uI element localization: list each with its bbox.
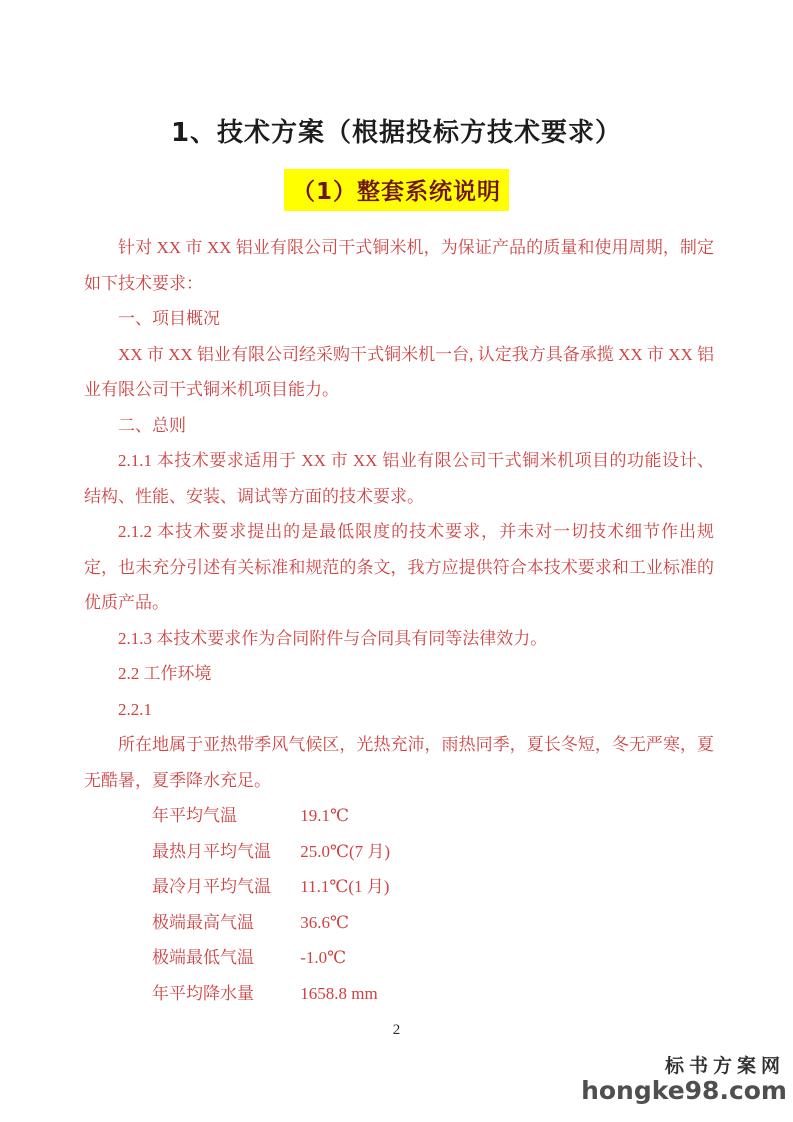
- section-heading-general-rules: 二、总则: [84, 408, 714, 444]
- climate-label: 年平均降水量: [118, 976, 296, 1012]
- climate-label: 最冷月平均气温: [118, 869, 296, 905]
- climate-row: 年平均降水量 1658.8 mm: [84, 976, 714, 1012]
- climate-row: 极端最高气温 36.6℃: [84, 905, 714, 941]
- climate-row: 最冷月平均气温 11.1℃(1 月): [84, 869, 714, 905]
- watermark-site-url: hongke98.com: [581, 1077, 787, 1105]
- climate-value: 11.1℃(1 月): [300, 877, 389, 896]
- page-number: 2: [0, 1022, 793, 1039]
- climate-value: 25.0℃(7 月): [300, 842, 390, 861]
- climate-value: -1.0℃: [300, 948, 346, 967]
- paragraph-project-overview: XX 市 XX 铝业有限公司经采购干式铜米机一台, 认定我方具备承揽 XX 市 …: [84, 337, 714, 408]
- paragraph-intro: 针对 XX 市 XX 铝业有限公司干式铜米机，为保证产品的质量和使用周期，制定如…: [84, 230, 714, 301]
- document-body: 针对 XX 市 XX 铝业有限公司干式铜米机，为保证产品的质量和使用周期，制定如…: [84, 230, 714, 1011]
- climate-label: 年平均气温: [118, 798, 296, 834]
- paragraph-2-1-3: 2.1.3 本技术要求作为合同附件与合同具有同等法律效力。: [84, 621, 714, 657]
- section-heading-work-environment: 2.2 工作环境: [84, 656, 714, 692]
- paragraph-2-1-2: 2.1.2 本技术要求提出的是最低限度的技术要求，并未对一切技术细节作出规定，也…: [84, 514, 714, 621]
- climate-row: 最热月平均气温 25.0℃(7 月): [84, 834, 714, 870]
- climate-label: 极端最高气温: [118, 905, 296, 941]
- watermark-site-name: 标书方案网: [581, 1056, 787, 1077]
- section-heading-project-overview: 一、项目概况: [84, 301, 714, 337]
- watermark: 标书方案网 hongke98.com: [581, 1056, 787, 1104]
- climate-row: 极端最低气温 -1.0℃: [84, 940, 714, 976]
- doc-title: 1、技术方案（根据投标方技术要求）: [0, 112, 793, 149]
- climate-row: 年平均气温 19.1℃: [84, 798, 714, 834]
- climate-value: 19.1℃: [300, 806, 349, 825]
- paragraph-2-1-1: 2.1.1 本技术要求适用于 XX 市 XX 铝业有限公司干式铜米机项目的功能设…: [84, 443, 714, 514]
- section-heading-2-2-1: 2.2.1: [84, 692, 714, 728]
- climate-value: 36.6℃: [300, 913, 349, 932]
- paragraph-climate-description: 所在地属于亚热带季风气候区，光热充沛，雨热同季，夏长冬短，冬无严寒，夏无酷暑，夏…: [84, 727, 714, 798]
- section-title-row: （1）整套系统说明: [0, 169, 793, 211]
- section-highlight-title: （1）整套系统说明: [284, 169, 509, 211]
- climate-label: 最热月平均气温: [118, 834, 296, 870]
- document-page: 1、技术方案（根据投标方技术要求） （1）整套系统说明 针对 XX 市 XX 铝…: [0, 0, 793, 1122]
- climate-value: 1658.8 mm: [300, 984, 377, 1003]
- climate-label: 极端最低气温: [118, 940, 296, 976]
